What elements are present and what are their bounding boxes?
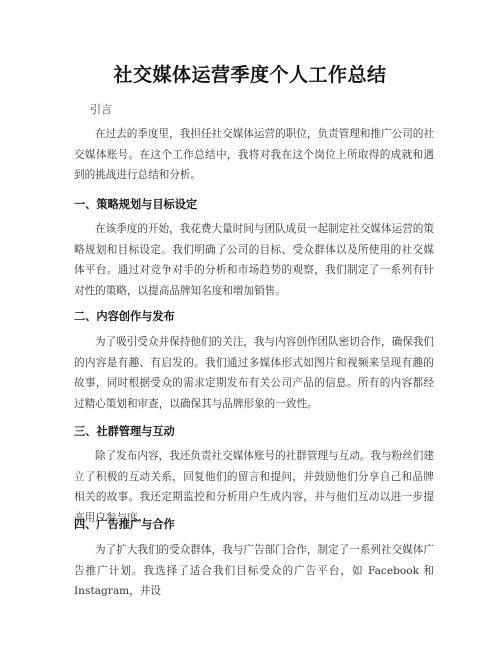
section-paragraph-1: 在该季度的开始，我花费大量时间与团队成员一起制定社交媒体运营的策略规划和目标设定… — [74, 219, 434, 301]
intro-paragraph: 在过去的季度里，我担任社交媒体运营的职位，负责管理和推广公司的社交媒体账号。在这… — [74, 124, 434, 186]
document-title: 社交媒体运营季度个人工作总结 — [0, 60, 500, 87]
section-paragraph-2: 为了吸引受众并保持他们的关注，我与内容创作团队密切合作，确保我们的内容是有趣、有… — [74, 332, 434, 414]
section-paragraph-4: 为了扩大我们的受众群体，我与广告部门合作，制定了一系列社交媒体广告推广计划。我选… — [74, 540, 434, 602]
document-page: 社交媒体运营季度个人工作总结 引言 在过去的季度里，我担任社交媒体运营的职位，负… — [0, 0, 500, 647]
section-heading-1: 一、策略规划与目标设定 — [74, 196, 197, 212]
section-heading-4: 四、广告推广与合作 — [74, 516, 175, 532]
section-heading-3: 三、社群管理与互动 — [74, 423, 175, 439]
section-heading-2: 二、内容创作与发布 — [74, 308, 175, 324]
intro-label: 引言 — [90, 101, 112, 117]
